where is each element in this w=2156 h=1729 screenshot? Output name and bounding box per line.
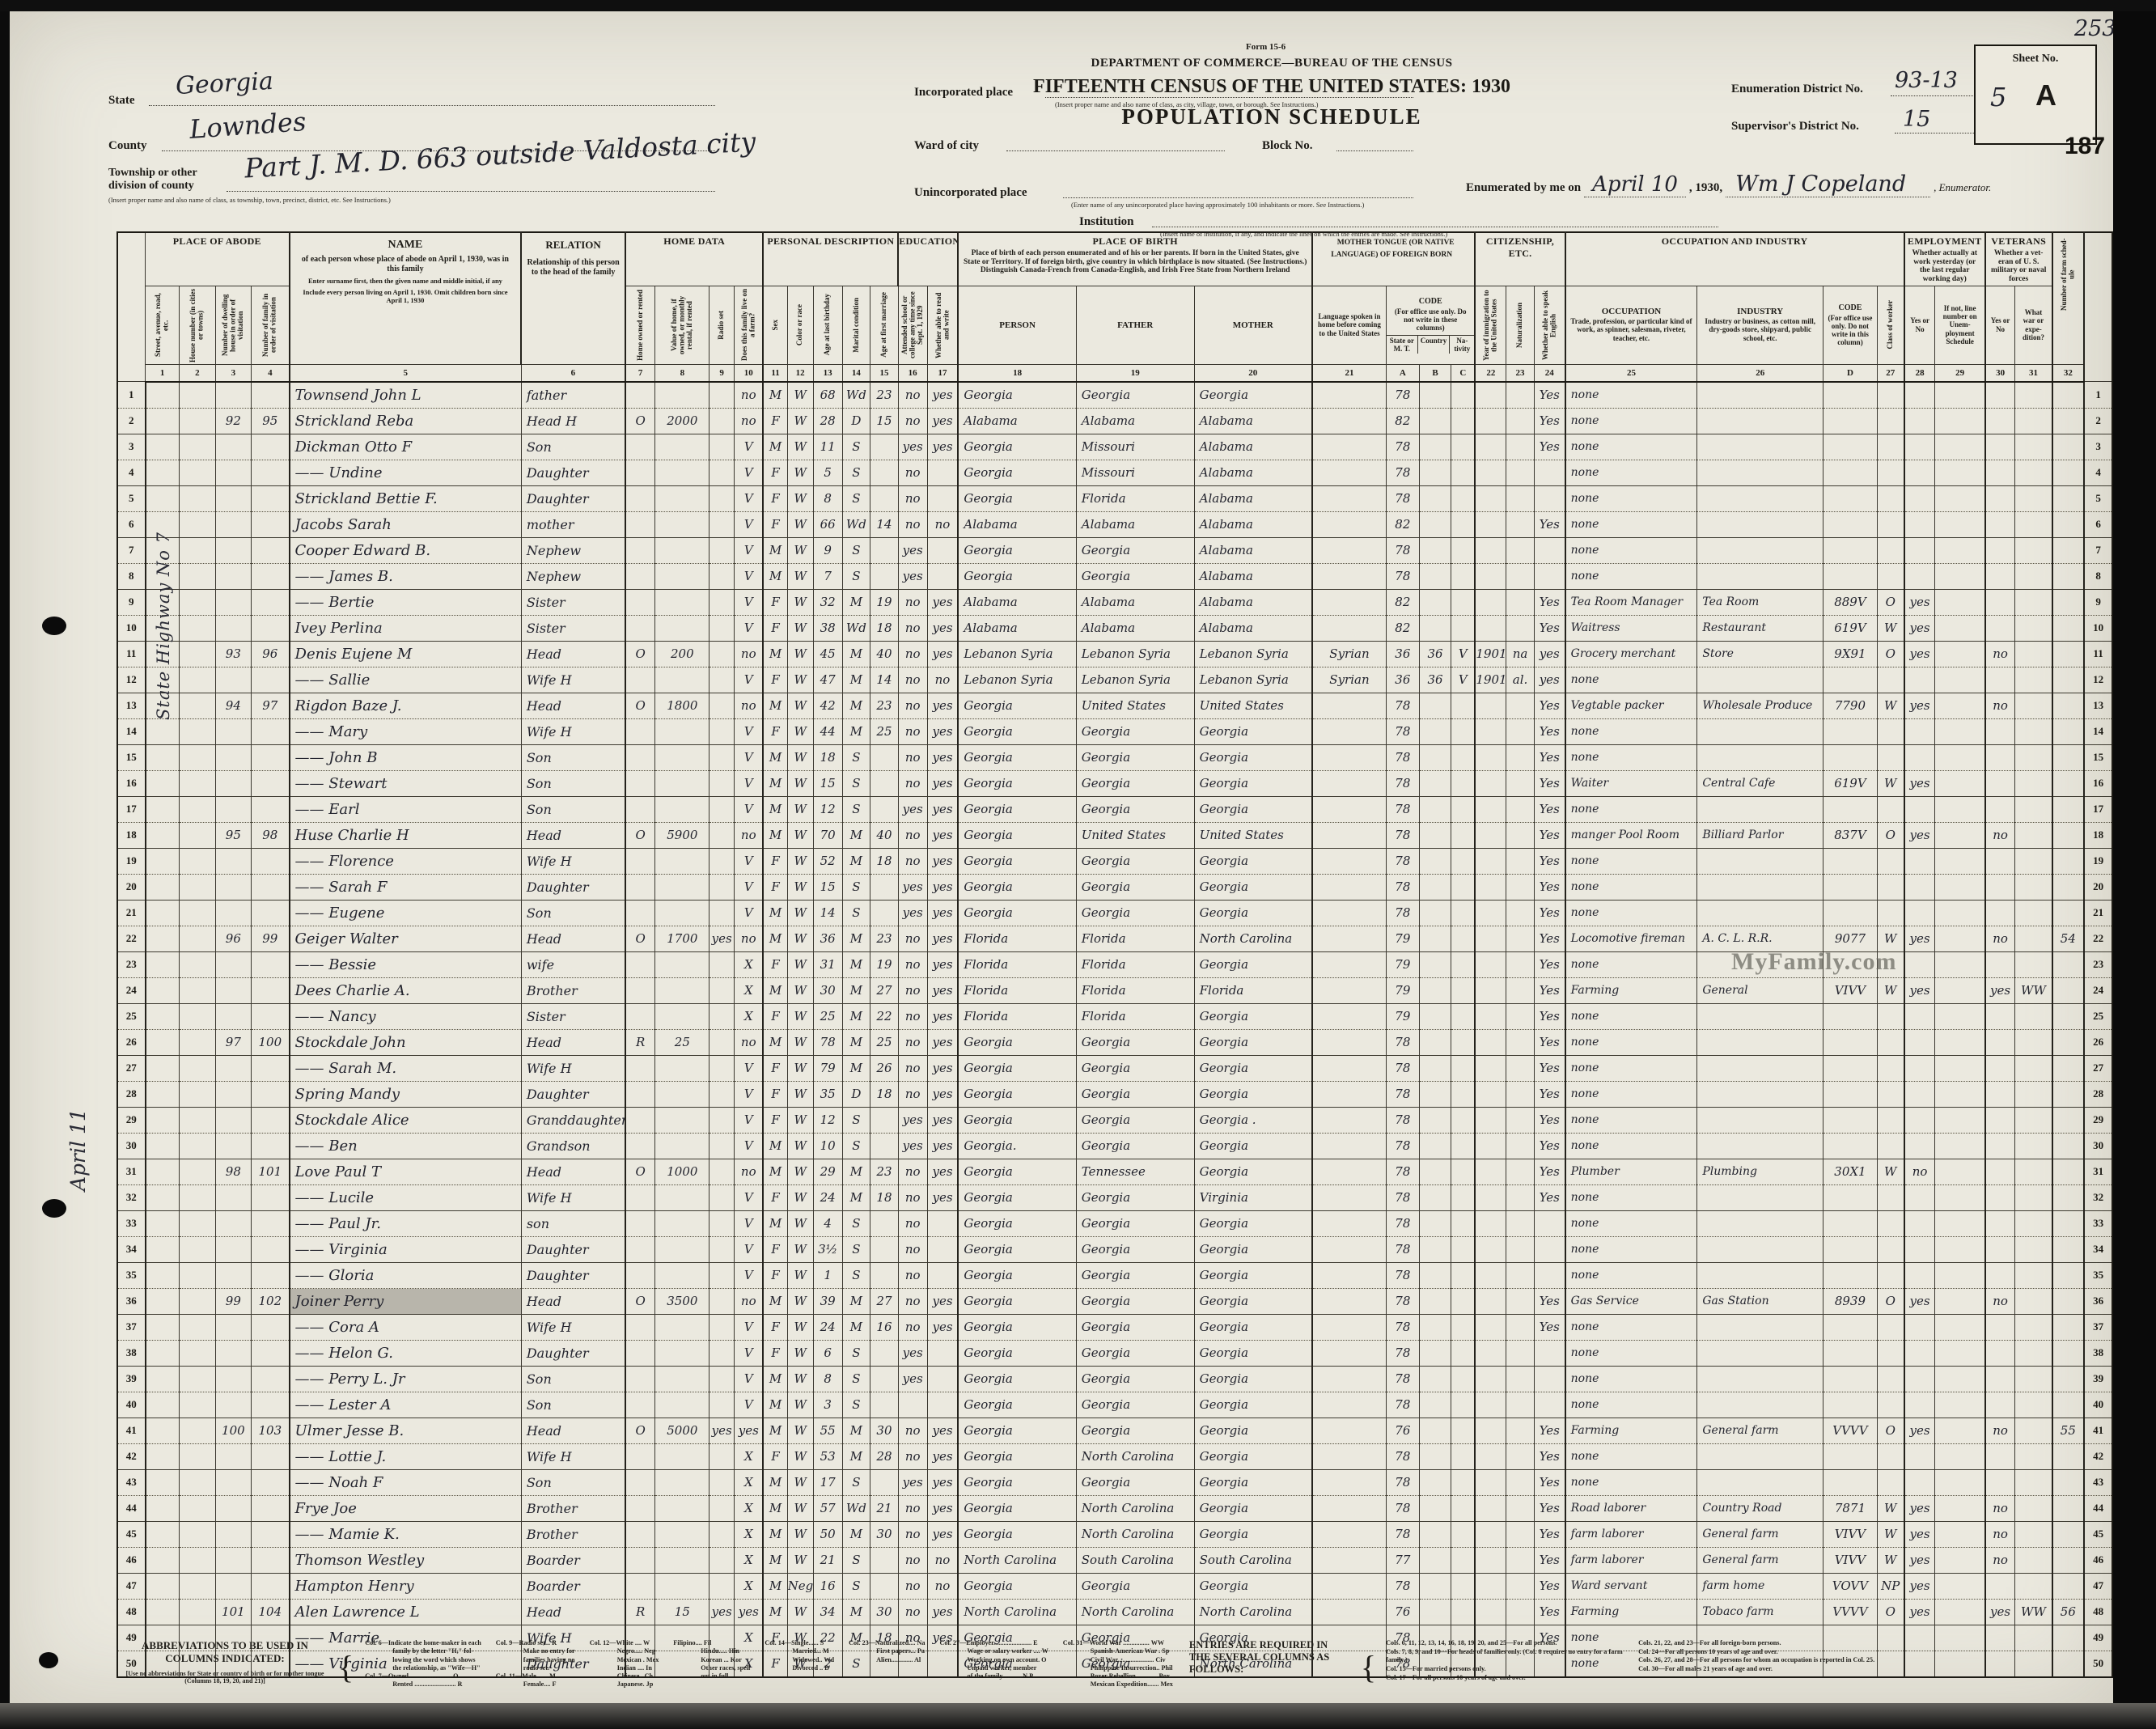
cell	[1697, 434, 1823, 460]
cell	[1419, 693, 1451, 718]
institution-underline	[1152, 227, 1718, 227]
cell	[146, 1314, 180, 1340]
cell	[252, 900, 290, 926]
cell: 78	[1386, 1029, 1419, 1055]
cell	[180, 1573, 215, 1599]
cell	[1823, 1366, 1878, 1392]
cell: Georgia	[958, 1184, 1076, 1210]
cell: Thomson Westley	[290, 1547, 522, 1573]
line-number: 30	[2084, 1133, 2112, 1159]
cell: no	[898, 641, 927, 667]
cell: 5000	[655, 1418, 709, 1443]
column-number: 31	[2015, 364, 2052, 382]
cell: 95	[215, 822, 251, 848]
cell: VVVV	[1823, 1599, 1878, 1625]
cell	[870, 537, 899, 563]
line-number: 32	[2084, 1184, 2112, 1210]
cell: W	[787, 1495, 813, 1521]
cell: V	[735, 1340, 764, 1366]
cell	[1312, 1184, 1386, 1210]
cell	[1506, 822, 1535, 848]
cell	[1877, 1340, 1904, 1366]
cell: W	[787, 667, 813, 693]
cell: W	[787, 1599, 813, 1625]
cell: no	[898, 1573, 927, 1599]
cell	[2052, 1210, 2085, 1236]
cell: yes	[898, 1340, 927, 1366]
cell: 55	[813, 1418, 842, 1443]
cell	[1451, 1081, 1476, 1107]
cell	[2015, 744, 2052, 770]
cell	[1451, 589, 1476, 615]
table-row: 4—— UndineDaughterVFW5SnoGeorgiaMissouri…	[117, 460, 2112, 485]
cell: Georgia	[958, 1055, 1076, 1081]
cell: 78	[1386, 848, 1419, 874]
cell	[252, 667, 290, 693]
cell	[252, 977, 290, 1003]
cell	[1451, 900, 1476, 926]
cell	[870, 1547, 899, 1573]
cell: no	[898, 1029, 927, 1055]
cell: 25	[813, 1003, 842, 1029]
cell: Yes	[1534, 1003, 1565, 1029]
cell: none	[1565, 1003, 1697, 1029]
cell	[1985, 1159, 2015, 1184]
cell: Lebanon Syria	[1194, 641, 1312, 667]
cell: Strickland Reba	[290, 408, 522, 434]
cell	[709, 1573, 735, 1599]
cell	[1823, 408, 1878, 434]
cell: W	[787, 563, 813, 589]
cell	[1823, 485, 1878, 511]
cell: X	[735, 1469, 764, 1495]
cell	[1935, 1443, 1985, 1469]
cell: 18	[870, 1081, 899, 1107]
cell: 7790	[1823, 693, 1878, 718]
cell	[709, 1392, 735, 1418]
column-number: 5	[290, 364, 522, 382]
cell	[1697, 1262, 1823, 1288]
cell: 19	[870, 589, 899, 615]
cell	[1451, 874, 1476, 900]
cell	[625, 1055, 655, 1081]
cell: farm laborer	[1565, 1521, 1697, 1547]
cell	[146, 1288, 180, 1314]
line-number: 2	[117, 408, 146, 434]
cell: Frye Joe	[290, 1495, 522, 1521]
table-row: 27—— Sarah M.Wife HVFW79M26noyesGeorgiaG…	[117, 1055, 2112, 1081]
cell	[215, 1107, 251, 1133]
cell	[1985, 900, 2015, 926]
cell	[146, 1573, 180, 1599]
line-number: 15	[117, 744, 146, 770]
cell	[1312, 1236, 1386, 1262]
cell	[1312, 615, 1386, 641]
group-personal-description: PERSONAL DESCRIPTION	[763, 232, 898, 286]
cell: 78	[1386, 744, 1419, 770]
cell	[1475, 1288, 1506, 1314]
cell	[1419, 1340, 1451, 1366]
cell: X	[735, 1443, 764, 1469]
cell: —— Sallie	[290, 667, 522, 693]
cell: Alabama	[958, 615, 1076, 641]
cell: Florida	[1076, 926, 1194, 951]
cell: 95	[252, 408, 290, 434]
cell	[1823, 900, 1878, 926]
line-number: 24	[2084, 977, 2112, 1003]
line-number: 9	[2084, 589, 2112, 615]
cell	[1475, 434, 1506, 460]
cell: F	[763, 1003, 787, 1029]
cell: S	[842, 1547, 870, 1573]
cell	[2015, 641, 2052, 667]
cell	[1419, 796, 1451, 822]
cell	[1904, 951, 1935, 977]
cell: 27	[870, 1288, 899, 1314]
cell	[1877, 874, 1904, 900]
cell: D	[842, 408, 870, 434]
cell	[1506, 1107, 1535, 1133]
cell	[1534, 1236, 1565, 1262]
cell	[1475, 951, 1506, 977]
cell	[1877, 511, 1904, 537]
entries-right-list: Cols. 21, 22, and 23—For all foreign-bor…	[1638, 1639, 1881, 1696]
cell	[1506, 563, 1535, 589]
cell: no	[898, 589, 927, 615]
cell: Georgia	[1194, 1003, 1312, 1029]
cell	[1475, 848, 1506, 874]
cell	[1312, 460, 1386, 485]
cell	[709, 1547, 735, 1573]
cell	[1419, 744, 1451, 770]
line-number: 17	[117, 796, 146, 822]
cell: —— Mary	[290, 718, 522, 744]
cell: yes	[927, 1521, 958, 1547]
cell	[1419, 1573, 1451, 1599]
column-number: B	[1419, 364, 1451, 382]
cell: —— Bertie	[290, 589, 522, 615]
cell: S	[842, 460, 870, 485]
cell: no	[898, 977, 927, 1003]
line-number: 35	[2084, 1262, 2112, 1288]
cell	[2052, 537, 2085, 563]
cell	[2015, 718, 2052, 744]
cell: 78	[1386, 1469, 1419, 1495]
cell	[252, 1236, 290, 1262]
line-number: 11	[2084, 641, 2112, 667]
cell: yes	[927, 434, 958, 460]
cell	[1935, 434, 1985, 460]
cell	[146, 1262, 180, 1288]
cell	[2052, 1366, 2085, 1392]
cell: Plumber	[1565, 1159, 1697, 1184]
line-number: 25	[117, 1003, 146, 1029]
cell	[1451, 1159, 1476, 1184]
cell: F	[763, 951, 787, 977]
cell	[709, 1366, 735, 1392]
line-number: 15	[2084, 744, 2112, 770]
cell: Georgia	[1076, 1366, 1194, 1392]
cell	[1935, 926, 1985, 951]
cell	[1985, 589, 2015, 615]
cell: M	[842, 977, 870, 1003]
cell: 837V	[1823, 822, 1878, 848]
cell: Georgia	[1076, 1081, 1194, 1107]
cell	[215, 744, 251, 770]
cell	[655, 848, 709, 874]
cell: Yes	[1534, 1184, 1565, 1210]
cell	[1451, 1003, 1476, 1029]
cell: Yes	[1534, 434, 1565, 460]
cell	[1419, 977, 1451, 1003]
cell: Vegtable packer	[1565, 693, 1697, 718]
cell: Son	[521, 796, 625, 822]
cell: S	[842, 563, 870, 589]
cell: M	[763, 822, 787, 848]
cell: M	[763, 1495, 787, 1521]
line-number: 1	[2084, 382, 2112, 409]
cell	[709, 1159, 735, 1184]
cell	[2015, 1314, 2052, 1340]
cell: 16	[813, 1573, 842, 1599]
table-row: 139497Rigdon Baze J.HeadO1800noMW42M23no…	[117, 693, 2112, 718]
cell: Wife H	[521, 1443, 625, 1469]
cell	[1985, 1262, 2015, 1288]
cell	[252, 1133, 290, 1159]
form-number: Form 15-6	[1246, 42, 1286, 52]
cell: S	[842, 744, 870, 770]
cell: Georgia	[1076, 1314, 1194, 1340]
cell: W	[787, 1340, 813, 1366]
cell	[146, 1495, 180, 1521]
cell: V	[1451, 641, 1476, 667]
cell	[252, 537, 290, 563]
cell	[252, 848, 290, 874]
cell	[1419, 1392, 1451, 1418]
cell	[1475, 563, 1506, 589]
cell: W	[787, 951, 813, 977]
column-number: 8	[655, 364, 709, 382]
cell	[655, 1521, 709, 1547]
cell	[655, 667, 709, 693]
cell	[1697, 718, 1823, 744]
cell	[1823, 537, 1878, 563]
cell: no	[898, 1055, 927, 1081]
cell: none	[1565, 563, 1697, 589]
cell	[215, 1521, 251, 1547]
cell	[1451, 382, 1476, 409]
cell: Yes	[1534, 1055, 1565, 1081]
cell: S	[842, 434, 870, 460]
cell: VIVV	[1823, 1521, 1878, 1547]
cell: W	[787, 1418, 813, 1443]
cell: 4	[813, 1210, 842, 1236]
cell: Georgia	[958, 1495, 1076, 1521]
cell: M	[842, 641, 870, 667]
table-row: 3Dickman Otto FSonVMW11SyesyesGeorgiaMis…	[117, 434, 2112, 460]
cell: Georgia	[1076, 537, 1194, 563]
cell: yes	[927, 1107, 958, 1133]
column-number: 14	[842, 364, 870, 382]
cell: Georgia	[1194, 1314, 1312, 1340]
table-row: 20—— Sarah FDaughterVFW15SyesyesGeorgiaG…	[117, 874, 2112, 900]
cell: 38	[813, 615, 842, 641]
scan-edge-top	[0, 0, 2156, 11]
cell	[655, 434, 709, 460]
cell: S	[842, 1107, 870, 1133]
cell: Head H	[521, 408, 625, 434]
township-underline	[227, 191, 715, 192]
cell: Georgia	[1194, 1521, 1312, 1547]
cell	[146, 900, 180, 926]
cell	[180, 1107, 215, 1133]
cell	[1419, 822, 1451, 848]
cell: W	[787, 485, 813, 511]
group-home-data: HOME DATA	[625, 232, 764, 286]
enumeration-district-label: Enumeration District No.	[1731, 83, 1863, 96]
cell	[180, 770, 215, 796]
cell	[709, 1133, 735, 1159]
cell	[2015, 615, 2052, 641]
cell	[180, 926, 215, 951]
cell: 1000	[655, 1159, 709, 1184]
col-house-header: House number (in cities or towns)	[180, 286, 215, 364]
unincorporated-caption: (Enter name of any unincorporated place …	[1071, 201, 1427, 209]
cell	[625, 848, 655, 874]
cell	[1506, 1288, 1535, 1314]
cell: Farming	[1565, 1418, 1697, 1443]
cell	[625, 977, 655, 1003]
cell: Hampton Henry	[290, 1573, 522, 1599]
cell	[1985, 408, 2015, 434]
cell: Alabama	[1194, 563, 1312, 589]
cell	[180, 563, 215, 589]
col-war-header: What war or expe­dition?	[2015, 286, 2052, 364]
cell: Boarder	[521, 1573, 625, 1599]
cell: O	[625, 1159, 655, 1184]
cell: Country Road	[1697, 1495, 1823, 1521]
cell	[1475, 1418, 1506, 1443]
cell	[1877, 900, 1904, 926]
cell: Yes	[1534, 589, 1565, 615]
col-radio-header: Radio set	[709, 286, 735, 364]
cell	[625, 434, 655, 460]
cell: M	[763, 796, 787, 822]
cell	[215, 460, 251, 485]
cell	[1451, 951, 1476, 977]
cell	[1419, 1159, 1451, 1184]
cell	[2052, 744, 2085, 770]
cell	[898, 1392, 927, 1418]
group-education: EDUCATION	[898, 232, 958, 286]
cell: Ivey Perlina	[290, 615, 522, 641]
cell: O	[625, 926, 655, 951]
cell	[2052, 511, 2085, 537]
cell: Yes	[1534, 874, 1565, 900]
cell	[1904, 900, 1935, 926]
cell: F	[763, 874, 787, 900]
cell	[180, 667, 215, 693]
table-row: 3699102Joiner PerryHeadO3500noMW39M27noy…	[117, 1288, 2112, 1314]
cell: M	[842, 1288, 870, 1314]
cell	[1312, 874, 1386, 900]
cell: none	[1565, 1055, 1697, 1081]
cell: 2000	[655, 408, 709, 434]
cell: M	[842, 1418, 870, 1443]
cell	[1312, 1443, 1386, 1469]
cell	[709, 1055, 735, 1081]
cell	[1475, 1029, 1506, 1055]
cell	[927, 537, 958, 563]
cell: Alabama	[958, 408, 1076, 434]
table-row: 37—— Cora AWife HVFW24M16noyesGeorgiaGeo…	[117, 1314, 2112, 1340]
cell: W	[787, 1107, 813, 1133]
brace-glyph: {	[338, 1639, 354, 1696]
cell: Georgia	[958, 1418, 1076, 1443]
line-number: 16	[2084, 770, 2112, 796]
cell: Rigdon Baze J.	[290, 693, 522, 718]
cell: O	[625, 1418, 655, 1443]
cell	[655, 1107, 709, 1133]
table-row: 5Strickland Bettie F.DaughterVFW8SnoGeor…	[117, 485, 2112, 511]
supervisor-district-value: 15	[1903, 107, 1930, 132]
cell: 78	[1386, 796, 1419, 822]
cell: S	[842, 874, 870, 900]
cell: Syrian	[1312, 641, 1386, 667]
cell: General farm	[1697, 1418, 1823, 1443]
column-number: 11	[763, 364, 787, 382]
cell	[1475, 718, 1506, 744]
cell: Lebanon Syria	[958, 641, 1076, 667]
cell: M	[763, 1366, 787, 1392]
cell: Yes	[1534, 1288, 1565, 1314]
cell: 25	[870, 718, 899, 744]
col-language-header: Language spoken in home before coming to…	[1312, 286, 1386, 364]
cell: S	[842, 1340, 870, 1366]
cell: Georgia	[958, 822, 1076, 848]
cell	[2052, 1029, 2085, 1055]
cell: 78	[1386, 1392, 1419, 1418]
cell: yes	[927, 382, 958, 409]
cell: M	[763, 1469, 787, 1495]
cell	[1823, 1443, 1878, 1469]
cell: W	[787, 848, 813, 874]
cell: M	[842, 1184, 870, 1210]
cell	[1935, 1547, 1985, 1573]
cell	[1697, 563, 1823, 589]
cell	[2052, 1547, 2085, 1573]
cell: 619V	[1823, 615, 1878, 641]
cell	[1935, 951, 1985, 977]
cell: Georgia	[1194, 770, 1312, 796]
cell	[709, 511, 735, 537]
line-number: 5	[2084, 485, 2112, 511]
cell	[146, 1469, 180, 1495]
cell	[1475, 1469, 1506, 1495]
cell: Sister	[521, 615, 625, 641]
cell: Georgia	[958, 1443, 1076, 1469]
table-row: 17—— EarlSonVMW12SyesyesGeorgiaGeorgiaGe…	[117, 796, 2112, 822]
cell: Wife H	[521, 1055, 625, 1081]
cell	[1904, 434, 1935, 460]
cell	[252, 1521, 290, 1547]
cell	[655, 1081, 709, 1107]
cell	[2015, 408, 2052, 434]
line-number: 31	[117, 1159, 146, 1184]
cell	[1877, 1107, 1904, 1133]
cell: father	[521, 382, 625, 409]
cell	[1935, 848, 1985, 874]
